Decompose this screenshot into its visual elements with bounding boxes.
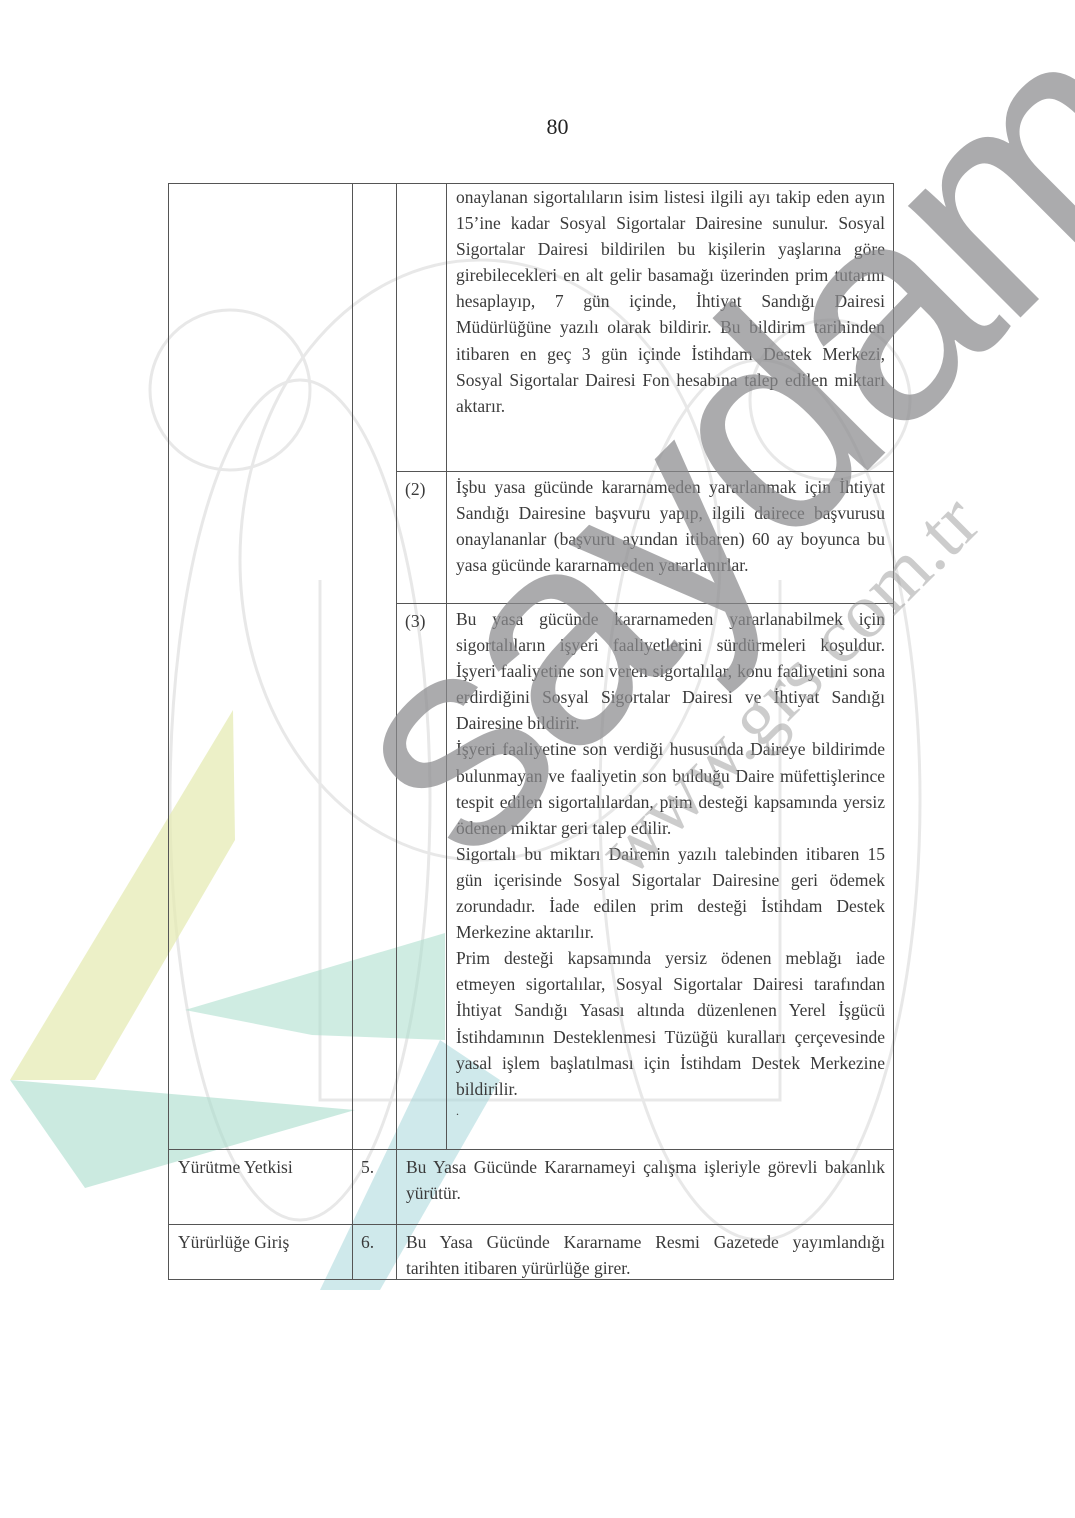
article-number-cell: 5.	[353, 1150, 397, 1224]
legislation-table: onaylanan sigortalıların isim listesi il…	[168, 183, 894, 1280]
article-number-cell: 6.	[353, 1225, 397, 1279]
paragraph: İşyeri faaliyetine son verdiği hususunda…	[456, 736, 885, 840]
subsection-list: onaylanan sigortalıların isim listesi il…	[397, 184, 893, 1149]
subsection-label: (2)	[397, 472, 447, 603]
paragraph: Sigortalı bu miktarı Dairenin yazılı tal…	[456, 841, 885, 945]
paragraph: Bu yasa gücünde kararnameden yararlanabi…	[456, 606, 885, 736]
table-row-continued-article: onaylanan sigortalıların isim listesi il…	[168, 183, 894, 1149]
subsection-row: (3) Bu yasa gücünde kararnameden yararla…	[397, 603, 893, 1149]
article-title-cell: Yürürlüğe Giriş	[169, 1225, 353, 1279]
subsection-row: onaylanan sigortalıların isim listesi il…	[397, 184, 893, 471]
page-number: 80	[0, 114, 1075, 140]
paragraph: onaylanan sigortalıların isim listesi il…	[456, 184, 885, 419]
subsection-text: İşbu yasa gücünde kararnameden yararlanm…	[447, 472, 893, 603]
article-number-cell	[353, 184, 397, 1149]
subsection-label	[397, 184, 447, 471]
article-title-cell	[169, 184, 353, 1149]
subsection-text: Bu yasa gücünde kararnameden yararlanabi…	[447, 604, 893, 1149]
article-title-cell: Yürütme Yetkisi	[169, 1150, 353, 1224]
subsection-label: (3)	[397, 604, 447, 1149]
paragraph: İşbu yasa gücünde kararnameden yararlanm…	[456, 474, 885, 578]
article-text-cell: Bu Yasa Gücünde Kararname Resmi Gazetede…	[397, 1225, 893, 1279]
table-row-article-6: Yürürlüğe Giriş 6. Bu Yasa Gücünde Karar…	[168, 1224, 894, 1280]
subsection-text: onaylanan sigortalıların isim listesi il…	[447, 184, 893, 471]
subsection-row: (2) İşbu yasa gücünde kararnameden yarar…	[397, 471, 893, 603]
paragraph: Prim desteği kapsamında yersiz ödenen me…	[456, 945, 885, 1102]
table-row-article-5: Yürütme Yetkisi 5. Bu Yasa Gücünde Karar…	[168, 1149, 894, 1224]
article-text-cell: Bu Yasa Gücünde Kararnameyi çalışma işle…	[397, 1150, 893, 1224]
paragraph: .	[456, 1102, 885, 1120]
